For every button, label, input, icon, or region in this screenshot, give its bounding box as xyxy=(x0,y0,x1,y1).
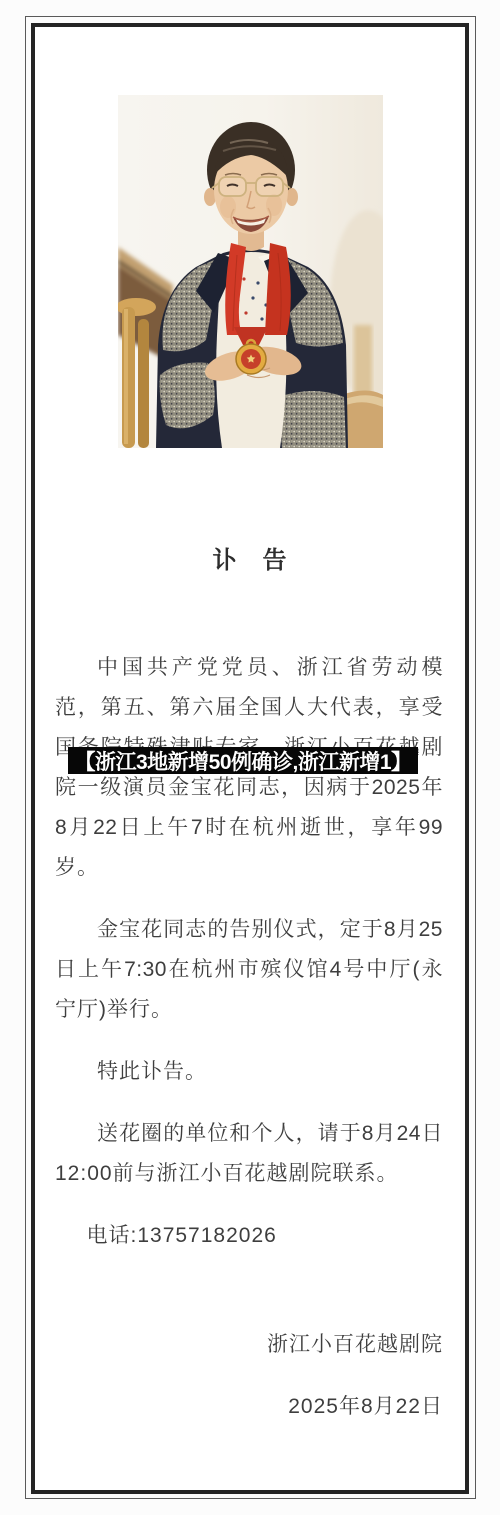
text-line: 特此讣告。 xyxy=(55,1052,443,1092)
news-headline-text: 【浙江3地新增50例确诊,浙江新增1】 xyxy=(74,746,411,776)
text-line: 日上午7:30在杭州市殡仪馆4号中厅(永 xyxy=(55,950,443,990)
signature-organization: 浙江小百花越剧院 xyxy=(55,1325,443,1365)
paragraph-farewell-ceremony: 金宝花同志的告别仪式，定于8月25 日上午7:30在杭州市殡仪馆4号中厅(永 宁… xyxy=(55,910,443,1030)
text-line: 12:00前与浙江小百花越剧院联系。 xyxy=(55,1154,443,1194)
text-line: 送花圈的单位和个人，请于8月24日 xyxy=(55,1114,443,1154)
text-line: 中国共产党党员、浙江省劳动模 xyxy=(55,648,443,688)
notice-title: 讣 告 xyxy=(0,540,500,575)
text-line: 8月22日上午7时在杭州逝世，享年99 xyxy=(55,808,443,848)
obituary-notice-image: 讣 告 中国共产党党员、浙江省劳动模 范，第五、第六届全国人大代表，享受 国务院… xyxy=(0,0,500,1515)
portrait-photo xyxy=(118,95,383,448)
text-line: 岁。 xyxy=(55,848,443,888)
text-line: 金宝花同志的告别仪式，定于8月25 xyxy=(55,910,443,950)
text-line: 宁厅)举行。 xyxy=(55,990,443,1030)
signature-date: 2025年8月22日 xyxy=(55,1387,443,1427)
paragraph-phone: 电话:13757182026 xyxy=(55,1216,443,1256)
paragraph-wreath-contact: 送花圈的单位和个人，请于8月24日 12:00前与浙江小百花越剧院联系。 xyxy=(55,1114,443,1194)
portrait-illustration xyxy=(118,95,383,448)
news-headline-overlay: 【浙江3地新增50例确诊,浙江新增1】 xyxy=(68,747,418,774)
paragraph-hereby-announce: 特此讣告。 xyxy=(55,1052,443,1092)
text-line: 范，第五、第六届全国人大代表，享受 xyxy=(55,688,443,728)
phone-number: 电话:13757182026 xyxy=(55,1216,443,1256)
